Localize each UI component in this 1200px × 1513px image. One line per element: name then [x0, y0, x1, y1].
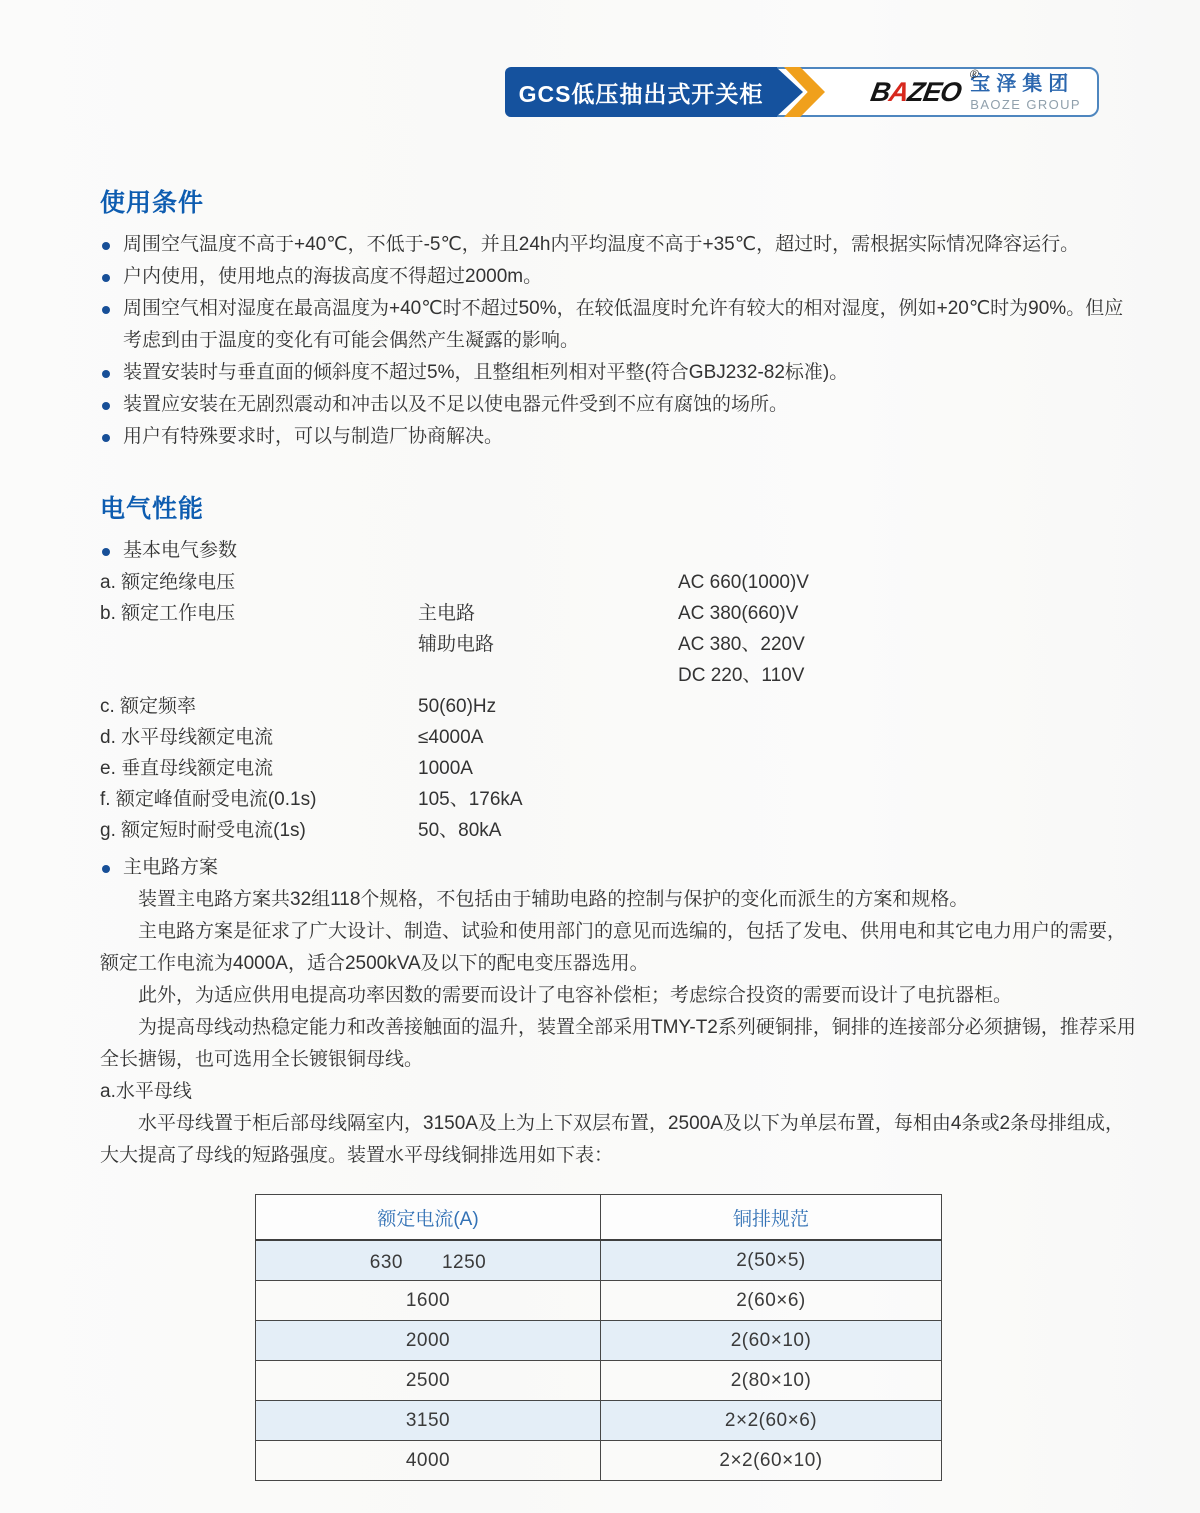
- usage-bullet-list: 周围空气温度不高于+40℃，不低于-5℃，并且24h内平均温度不高于+35℃，超…: [100, 229, 1142, 453]
- param-value: [678, 691, 1142, 722]
- logo-name-cn: 宝泽集团: [970, 74, 1081, 94]
- logo-text: 宝泽集团 BAOZE GROUP: [970, 74, 1085, 111]
- table-row: 2500 2(80×10): [256, 1361, 942, 1401]
- param-value: AC 380(660)V: [678, 598, 1142, 629]
- param-mid: ≤4000A: [418, 722, 678, 753]
- param-value: AC 380、220V: [678, 629, 1142, 660]
- table-header-current: 额定电流(A): [256, 1195, 601, 1241]
- bullet-dot-icon: [102, 306, 110, 314]
- param-label: e. 垂直母线额定电流: [100, 753, 418, 784]
- registered-mark-icon: ®: [968, 67, 978, 81]
- bullet-item: 装置应安装在无剧烈震动和冲击以及不足以使电器元件受到不应有腐蚀的场所。: [100, 389, 1142, 421]
- paragraph: 装置主电路方案共32组118个规格，不包括由于辅助电路的控制与保护的变化而派生的…: [100, 884, 1142, 916]
- bullet-text: 户内使用，使用地点的海拔高度不得超过2000m。: [123, 266, 542, 287]
- params-grid: a. 额定绝缘电压AC 660(1000)V b. 额定工作电压主电路AC 38…: [100, 567, 1142, 846]
- bullet-dot-icon: [102, 274, 110, 282]
- cell-current: 3150: [256, 1401, 601, 1441]
- param-mid: 1000A: [418, 753, 678, 784]
- param-value: [678, 722, 1142, 753]
- page-title: GCS低压抽出式开关柜: [519, 76, 764, 109]
- bullet-dot-icon: [102, 548, 110, 556]
- param-label: g. 额定短时耐受电流(1s): [100, 815, 418, 846]
- bullet-dot-icon: [102, 402, 110, 410]
- bullet-text: 周围空气相对湿度在最高温度为+40℃时不超过50%，在较低温度时允许有较大的相对…: [123, 298, 1123, 351]
- table-row: 630 1250 2(50×5): [256, 1240, 942, 1281]
- bullet-dot-icon: [102, 370, 110, 378]
- header-banner: GCS低压抽出式开关柜 BAZEO ® 宝泽集团 BAOZE GROUP: [505, 67, 1099, 117]
- param-value: [678, 784, 1142, 815]
- param-label: [100, 629, 418, 660]
- param-label: [100, 660, 418, 691]
- bullet-dot-icon: [102, 865, 110, 873]
- param-mid: [418, 660, 678, 691]
- cell-spec: 2×2(60×10): [601, 1441, 942, 1481]
- param-mid: [418, 567, 678, 598]
- cell-spec: 2(60×6): [601, 1281, 942, 1321]
- section-title-electrical: 电气性能: [100, 489, 1142, 525]
- section-title-usage: 使用条件: [100, 183, 1142, 219]
- bullet-text: 周围空气温度不高于+40℃，不低于-5℃，并且24h内平均温度不高于+35℃，超…: [123, 234, 1079, 255]
- cell-spec: 2×2(60×6): [601, 1401, 942, 1441]
- table-row: 1600 2(60×6): [256, 1281, 942, 1321]
- bullet-dot-icon: [102, 434, 110, 442]
- param-label: f. 额定峰值耐受电流(0.1s): [100, 784, 418, 815]
- param-label: c. 额定频率: [100, 691, 418, 722]
- paragraph: 此外，为适应供用电提高功率因数的需要而设计了电容补偿柜；考虑综合投资的需要而设计…: [100, 980, 1142, 1012]
- bullet-item: 周围空气相对湿度在最高温度为+40℃时不超过50%，在较低温度时允许有较大的相对…: [100, 293, 1142, 357]
- banner-title-bar: GCS低压抽出式开关柜: [505, 67, 777, 117]
- cell-current: 2000: [256, 1321, 601, 1361]
- cell-spec: 2(80×10): [601, 1361, 942, 1401]
- bullet-item: 装置安装时与垂直面的倾斜度不超过5%，且整组柜列相对平整(符合GBJ232-82…: [100, 357, 1142, 389]
- paragraph: 为提高母线动热稳定能力和改善接触面的温升，装置全部采用TMY-T2系列硬铜排，铜…: [100, 1012, 1142, 1076]
- bullet-dot-icon: [102, 242, 110, 250]
- cell-spec: 2(50×5): [601, 1240, 942, 1281]
- scheme-label: 主电路方案: [123, 857, 218, 878]
- logo-mark: BAZEO ®: [868, 77, 963, 108]
- busbar-paragraph: 水平母线置于柜后部母线隔室内，3150A及上为上下双层布置，2500A及以下为单…: [100, 1108, 1142, 1172]
- table-header-row: 额定电流(A) 铜排规范: [256, 1195, 942, 1241]
- catalog-page: GCS低压抽出式开关柜 BAZEO ® 宝泽集团 BAOZE GROUP 使用条…: [0, 0, 1200, 1513]
- param-mid: 50(60)Hz: [418, 691, 678, 722]
- param-label: d. 水平母线额定电流: [100, 722, 418, 753]
- page-content: 使用条件 周围空气温度不高于+40℃，不低于-5℃，并且24h内平均温度不高于+…: [100, 183, 1142, 1481]
- cell-spec: 2(60×10): [601, 1321, 942, 1361]
- scheme-label-row: 主电路方案: [100, 852, 1142, 884]
- param-mid: 主电路: [418, 598, 678, 629]
- bullet-item: 户内使用，使用地点的海拔高度不得超过2000m。: [100, 261, 1142, 293]
- bullet-text: 装置安装时与垂直面的倾斜度不超过5%，且整组柜列相对平整(符合GBJ232-82…: [123, 362, 848, 383]
- paragraph: 主电路方案是征求了广大设计、制造、试验和使用部门的意见而选编的，包括了发电、供用…: [100, 916, 1142, 980]
- basic-params-label-row: 基本电气参数: [100, 535, 1142, 567]
- table-row: 3150 2×2(60×6): [256, 1401, 942, 1441]
- cell-current: 630 1250: [256, 1240, 601, 1281]
- scheme-paragraphs: 装置主电路方案共32组118个规格，不包括由于辅助电路的控制与保护的变化而派生的…: [100, 884, 1142, 1172]
- logo-mark-rest: ZEO: [905, 77, 963, 107]
- busbar-table: 额定电流(A) 铜排规范 630 1250 2(50×5) 1600 2(60×…: [255, 1194, 942, 1481]
- bullet-text: 用户有特殊要求时，可以与制造厂协商解决。: [123, 426, 503, 447]
- cell-current: 4000: [256, 1441, 601, 1481]
- param-mid: 105、176kA: [418, 784, 678, 815]
- param-mid: 辅助电路: [418, 629, 678, 660]
- table-row: 2000 2(60×10): [256, 1321, 942, 1361]
- param-value: AC 660(1000)V: [678, 567, 1142, 598]
- param-label: b. 额定工作电压: [100, 598, 418, 629]
- cell-current: 1600: [256, 1281, 601, 1321]
- baoze-logo: BAZEO ® 宝泽集团 BAOZE GROUP: [805, 67, 1085, 117]
- basic-params-label: 基本电气参数: [123, 540, 237, 561]
- table-header-spec: 铜排规范: [601, 1195, 942, 1241]
- cell-current: 2500: [256, 1361, 601, 1401]
- param-label: a. 额定绝缘电压: [100, 567, 418, 598]
- bullet-item: 周围空气温度不高于+40℃，不低于-5℃，并且24h内平均温度不高于+35℃，超…: [100, 229, 1142, 261]
- param-value: DC 220、110V: [678, 660, 1142, 691]
- bullet-item: 用户有特殊要求时，可以与制造厂协商解决。: [100, 421, 1142, 453]
- param-value: [678, 815, 1142, 846]
- logo-name-en: BAOZE GROUP: [970, 98, 1081, 111]
- param-value: [678, 753, 1142, 784]
- bullet-text: 装置应安装在无剧烈震动和冲击以及不足以使电器元件受到不应有腐蚀的场所。: [123, 394, 788, 415]
- table-row: 4000 2×2(60×10): [256, 1441, 942, 1481]
- busbar-label: a.水平母线: [100, 1076, 1142, 1108]
- param-mid: 50、80kA: [418, 815, 678, 846]
